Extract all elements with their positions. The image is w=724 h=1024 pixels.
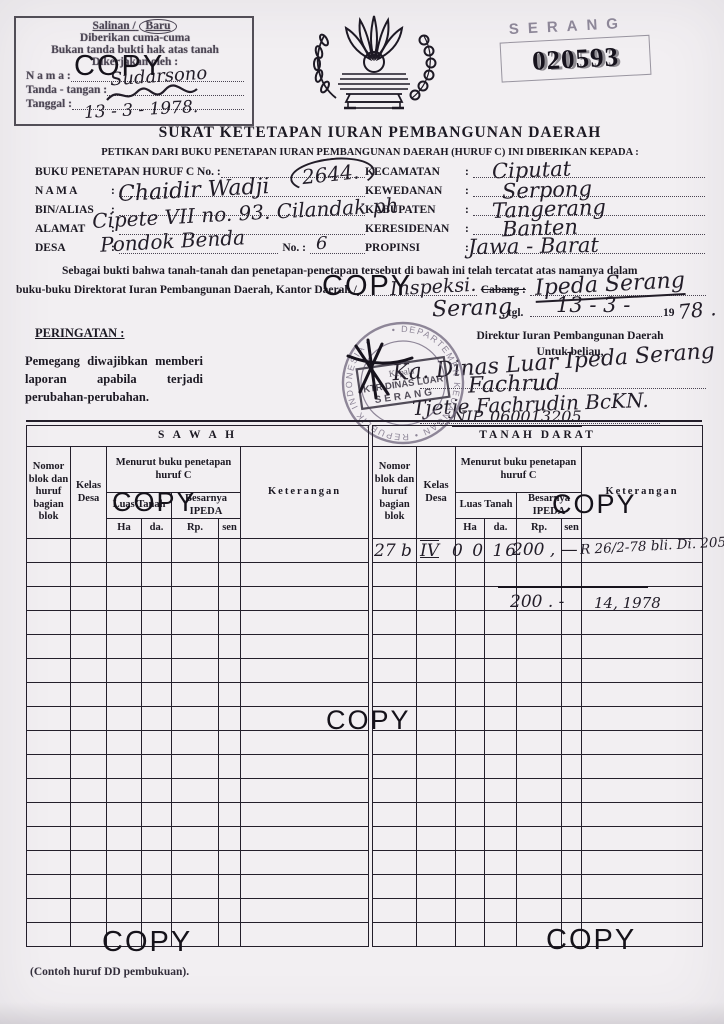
col-sen: sen <box>219 519 241 539</box>
table-cell <box>107 707 142 731</box>
table-cell <box>71 851 107 875</box>
table-cell <box>142 827 172 851</box>
table-cell <box>27 731 71 755</box>
table-cell <box>456 659 485 683</box>
table-cell <box>485 875 517 899</box>
table-cell <box>456 611 485 635</box>
table-cell <box>172 851 219 875</box>
table-cell <box>517 707 562 731</box>
table-cell <box>172 587 219 611</box>
table-cell <box>485 683 517 707</box>
table-cell <box>142 563 172 587</box>
field-propinsi-label: PROPINSI <box>365 242 461 254</box>
table-cell <box>562 611 582 635</box>
table-cell <box>172 875 219 899</box>
table-cell <box>219 683 241 707</box>
table-cell <box>107 899 142 923</box>
col-nomor-blok: Nomor blok dan huruf bagian blok <box>27 447 71 539</box>
col-rp: Rp. <box>517 519 562 539</box>
table-cell <box>417 707 456 731</box>
table-cell <box>485 779 517 803</box>
scanned-form-page: COPY COPY COPY COPY COPY COPY COPY Salin… <box>0 0 724 1024</box>
table-cell <box>107 755 142 779</box>
table-cell <box>562 587 582 611</box>
footer-note: (Contoh huruf DD pembukuan). <box>30 966 189 978</box>
copy-watermark: COPY <box>546 924 636 957</box>
table-cell <box>219 539 241 563</box>
table-cell <box>219 611 241 635</box>
handwritten-year: 78 . <box>677 296 717 324</box>
table-cell <box>562 827 582 851</box>
signature-title-line1: Direktur Iuran Pembangunan Daerah <box>425 330 715 342</box>
table-cell <box>27 635 71 659</box>
table-cell <box>219 923 241 947</box>
col-ha: Ha <box>107 519 142 539</box>
table-cell <box>485 851 517 875</box>
table-cell <box>485 827 517 851</box>
table-cell <box>142 539 172 563</box>
table-cell <box>417 683 456 707</box>
entry-nomor-blok: 27 b <box>374 541 412 561</box>
table-cell <box>562 899 582 923</box>
peringatan-heading: PERINGATAN : <box>35 326 124 341</box>
table-cell <box>142 899 172 923</box>
table-cell <box>27 875 71 899</box>
table-cell <box>582 779 703 803</box>
table-cell <box>562 563 582 587</box>
table-cell <box>417 803 456 827</box>
table-cell <box>107 851 142 875</box>
table-cell <box>172 779 219 803</box>
table-cell <box>27 683 71 707</box>
corner-tgl-label: Tanggal : <box>26 98 72 110</box>
table-cell <box>582 731 703 755</box>
table-cell <box>142 803 172 827</box>
table-cell <box>562 635 582 659</box>
table-top-rule <box>26 420 702 422</box>
table-cell <box>517 851 562 875</box>
table-cell <box>373 587 417 611</box>
table-cell <box>562 707 582 731</box>
table-cell <box>417 899 456 923</box>
field-kecamatan-label: KECAMATAN <box>365 166 461 178</box>
table-cell <box>219 731 241 755</box>
field-buku-label: BUKU PENETAPAN HURUF C No. : <box>35 166 221 178</box>
table-cell <box>456 563 485 587</box>
table-cell <box>241 611 369 635</box>
table-cell <box>241 875 369 899</box>
table-cell <box>172 611 219 635</box>
corner-line2: Diberikan cuma-cuma <box>26 32 244 44</box>
table-cell <box>373 803 417 827</box>
table-cell <box>417 755 456 779</box>
table-cell <box>417 635 456 659</box>
col-menurut: Menurut buku penetapan huruf C <box>456 447 582 493</box>
table-cell <box>582 563 703 587</box>
table-cell <box>485 659 517 683</box>
table-cell <box>219 899 241 923</box>
table-cell <box>142 635 172 659</box>
entry-luas-tanah: 0 0 16 <box>452 541 518 561</box>
table-cell <box>241 755 369 779</box>
col-menurut: Menurut buku penetapan huruf C <box>107 447 241 493</box>
table-cell <box>562 731 582 755</box>
table-cell <box>373 683 417 707</box>
table-cell <box>456 755 485 779</box>
field-desa-label: DESA <box>35 242 107 254</box>
copy-watermark: COPY <box>326 705 411 736</box>
table-cell <box>172 827 219 851</box>
sawah-table: S A W A H Nomor blok dan huruf bagian bl… <box>26 425 369 947</box>
table-cell <box>172 683 219 707</box>
table-cell <box>107 683 142 707</box>
table-cell <box>71 779 107 803</box>
corner-ttd-label: Tanda - tangan : <box>26 84 107 96</box>
table-cell <box>582 827 703 851</box>
tanah-darat-table: TANAH DARAT Nomor blok dan huruf bagian … <box>372 425 703 947</box>
col-da: da. <box>485 519 517 539</box>
col-ha: Ha <box>456 519 485 539</box>
table-cell <box>27 755 71 779</box>
table-cell <box>562 683 582 707</box>
table-cell <box>27 659 71 683</box>
table-cell <box>417 827 456 851</box>
table-cell <box>373 659 417 683</box>
table-cell <box>485 803 517 827</box>
table-cell <box>71 803 107 827</box>
table-cell <box>582 803 703 827</box>
table-cell <box>142 779 172 803</box>
field-nama-label: N A M A <box>35 185 107 197</box>
handwritten-house-number: 6 <box>316 233 327 254</box>
tgl-label: , tgl. <box>502 307 523 319</box>
table-cell <box>107 779 142 803</box>
table-cell <box>172 635 219 659</box>
table-cell <box>456 875 485 899</box>
table-cell <box>172 539 219 563</box>
table-cell <box>241 659 369 683</box>
table-cell <box>517 659 562 683</box>
ministry-emblem-icon <box>300 6 448 118</box>
table-cell <box>71 635 107 659</box>
copy-watermark: COPY <box>552 489 637 520</box>
table-cell <box>71 539 107 563</box>
table-cell <box>582 707 703 731</box>
table-cell <box>582 659 703 683</box>
table-cell <box>71 611 107 635</box>
table-cell <box>219 755 241 779</box>
table-cell <box>107 611 142 635</box>
table-cell <box>219 587 241 611</box>
table-cell <box>373 611 417 635</box>
table-cell <box>562 851 582 875</box>
table-cell <box>27 539 71 563</box>
table-cell <box>485 731 517 755</box>
table-cell <box>71 683 107 707</box>
table-cell <box>107 803 142 827</box>
table-cell <box>562 803 582 827</box>
table-cell <box>27 707 71 731</box>
col-sen: sen <box>562 519 582 539</box>
copy-watermark: COPY <box>322 270 412 303</box>
table-cell <box>456 803 485 827</box>
table-cell <box>71 875 107 899</box>
table-cell <box>219 659 241 683</box>
table-cell <box>71 899 107 923</box>
table-cell <box>27 827 71 851</box>
table-cell <box>172 659 219 683</box>
table-cell <box>517 683 562 707</box>
table-cell <box>142 587 172 611</box>
salinan-line: Salinan / Baru <box>26 20 244 32</box>
table-cell <box>562 779 582 803</box>
table-cell <box>219 563 241 587</box>
table-cell <box>241 803 369 827</box>
table-cell <box>373 563 417 587</box>
table-cell <box>142 683 172 707</box>
table-cell <box>373 899 417 923</box>
table-cell <box>417 563 456 587</box>
table-cell <box>71 587 107 611</box>
table-cell <box>71 707 107 731</box>
table-cell <box>373 851 417 875</box>
table-cell <box>107 731 142 755</box>
table-cell <box>485 755 517 779</box>
table-cell <box>241 563 369 587</box>
table-cell <box>517 731 562 755</box>
paragraph2-text: buku-buku Direktorat Iuran Pembangunan D… <box>16 284 357 296</box>
table-cell <box>373 635 417 659</box>
table-cell <box>107 827 142 851</box>
table-cell <box>71 731 107 755</box>
col-luas-tanah: Luas Tanah <box>456 493 517 519</box>
table-cell <box>517 563 562 587</box>
table-cell <box>582 683 703 707</box>
table-cell <box>485 635 517 659</box>
table-cell <box>219 827 241 851</box>
table-cell <box>107 875 142 899</box>
handwritten-day-month: 13 - 3 - <box>556 293 630 317</box>
table-cell <box>417 587 456 611</box>
table-cell <box>485 923 517 947</box>
copy-watermark: COPY <box>102 926 192 959</box>
table-cell <box>485 611 517 635</box>
table-cell <box>373 923 417 947</box>
table-cell <box>241 899 369 923</box>
table-cell <box>142 707 172 731</box>
table-cell <box>582 875 703 899</box>
table-cell <box>27 587 71 611</box>
table-cell <box>417 731 456 755</box>
ink-scribble <box>338 336 418 406</box>
table-cell <box>582 899 703 923</box>
table-cell <box>562 875 582 899</box>
table-cell <box>582 755 703 779</box>
table-cell <box>142 875 172 899</box>
col-kelas-desa: Kelas Desa <box>71 447 107 539</box>
table-cell <box>456 707 485 731</box>
table-cell <box>172 755 219 779</box>
form-title: SURAT KETETAPAN IURAN PEMBANGUNAN DAERAH <box>60 124 700 142</box>
table-cell <box>517 803 562 827</box>
table-cell <box>27 923 71 947</box>
col-keterangan: Keterangan <box>241 447 369 539</box>
table-cell <box>107 659 142 683</box>
col-da: da. <box>142 519 172 539</box>
table-cell <box>373 827 417 851</box>
table-cell <box>417 875 456 899</box>
table-cell <box>71 659 107 683</box>
table-cell <box>142 731 172 755</box>
table-cell <box>172 731 219 755</box>
table-cell <box>219 635 241 659</box>
table-cell <box>456 635 485 659</box>
table-cell <box>517 611 562 635</box>
table-cell <box>107 539 142 563</box>
table-cell <box>71 563 107 587</box>
table-cell <box>456 827 485 851</box>
table-cell <box>142 611 172 635</box>
table-cell <box>417 659 456 683</box>
peringatan-text: Pemegang diwajibkan memberi laporan apab… <box>25 352 203 406</box>
table-cell <box>241 683 369 707</box>
table-cell <box>517 899 562 923</box>
sawah-title: S A W A H <box>27 426 369 447</box>
table-cell <box>485 899 517 923</box>
table-cell <box>241 851 369 875</box>
table-cell <box>456 731 485 755</box>
table-cell <box>27 611 71 635</box>
stamp-number-box: 020593 <box>500 35 652 83</box>
field-no-label: No. : <box>278 242 310 254</box>
table-cell <box>142 851 172 875</box>
table-cell <box>582 635 703 659</box>
table-cell <box>485 707 517 731</box>
table-cell <box>517 875 562 899</box>
tanah-darat-title: TANAH DARAT <box>373 426 703 447</box>
table-cell <box>517 827 562 851</box>
table-cell <box>373 875 417 899</box>
table-cell <box>172 707 219 731</box>
table-cell <box>27 899 71 923</box>
table-cell <box>582 611 703 635</box>
table-cell <box>219 875 241 899</box>
entry-keterangan-2: 14, 1978 <box>594 594 661 612</box>
table-cell <box>562 755 582 779</box>
table-cell <box>582 851 703 875</box>
table-cell <box>27 563 71 587</box>
table-cell <box>71 827 107 851</box>
col-nomor-blok: Nomor blok dan huruf bagian blok <box>373 447 417 539</box>
table-cell <box>456 683 485 707</box>
table-cell <box>517 635 562 659</box>
table-cell <box>241 779 369 803</box>
scan-shadow <box>0 1002 724 1024</box>
table-cell <box>417 611 456 635</box>
table-cell <box>107 635 142 659</box>
table-cell <box>142 659 172 683</box>
form-subtitle: PETIKAN DARI BUKU PENETAPAN IURAN PEMBAN… <box>40 147 700 158</box>
table-cell <box>456 851 485 875</box>
table-cell <box>241 827 369 851</box>
stamp-number: 020593 <box>531 41 620 77</box>
table-cell <box>219 707 241 731</box>
year-printed: 19 <box>663 307 675 319</box>
col-rp: Rp. <box>172 519 219 539</box>
col-kelas-desa: Kelas Desa <box>417 447 456 539</box>
table-cell <box>241 587 369 611</box>
salinan-label: Salinan / <box>93 20 136 32</box>
table-cell <box>517 755 562 779</box>
table-cell <box>71 755 107 779</box>
table-cell <box>241 539 369 563</box>
table-cell <box>485 563 517 587</box>
table-cell <box>219 803 241 827</box>
entry-ipeda-amount-2: 200 . - <box>510 592 564 612</box>
table-cell <box>142 755 172 779</box>
corner-nama-label: N a m a : <box>26 70 71 82</box>
table-cell <box>456 899 485 923</box>
table-cell <box>172 803 219 827</box>
table-cell <box>373 779 417 803</box>
registration-stamp: SERANG 020593 <box>487 14 652 83</box>
table-cell <box>562 659 582 683</box>
table-cell <box>241 635 369 659</box>
table-cell <box>27 851 71 875</box>
table-cell <box>456 779 485 803</box>
hand-rule-line <box>498 586 648 588</box>
table-cell <box>219 851 241 875</box>
copy-watermark: COPY <box>74 50 164 83</box>
table-cell <box>107 563 142 587</box>
table-cell <box>517 779 562 803</box>
entry-ipeda-amount: 200 , — <box>512 540 578 560</box>
table-cell <box>172 899 219 923</box>
table-cell <box>456 587 485 611</box>
table-cell <box>27 803 71 827</box>
entry-kelas-desa: IV <box>420 541 439 561</box>
table-cell <box>417 923 456 947</box>
copy-watermark: COPY <box>112 487 197 518</box>
table-cell <box>417 779 456 803</box>
table-cell <box>456 923 485 947</box>
table-cell <box>172 563 219 587</box>
table-cell <box>373 755 417 779</box>
table-cell <box>27 779 71 803</box>
table-cell <box>241 923 369 947</box>
table-cell <box>417 851 456 875</box>
table-cell <box>107 587 142 611</box>
handwritten-propinsi: Jawa - Barat <box>468 233 599 259</box>
field-keresidenan-label: KERESIDENAN <box>365 223 461 235</box>
table-cell <box>219 779 241 803</box>
